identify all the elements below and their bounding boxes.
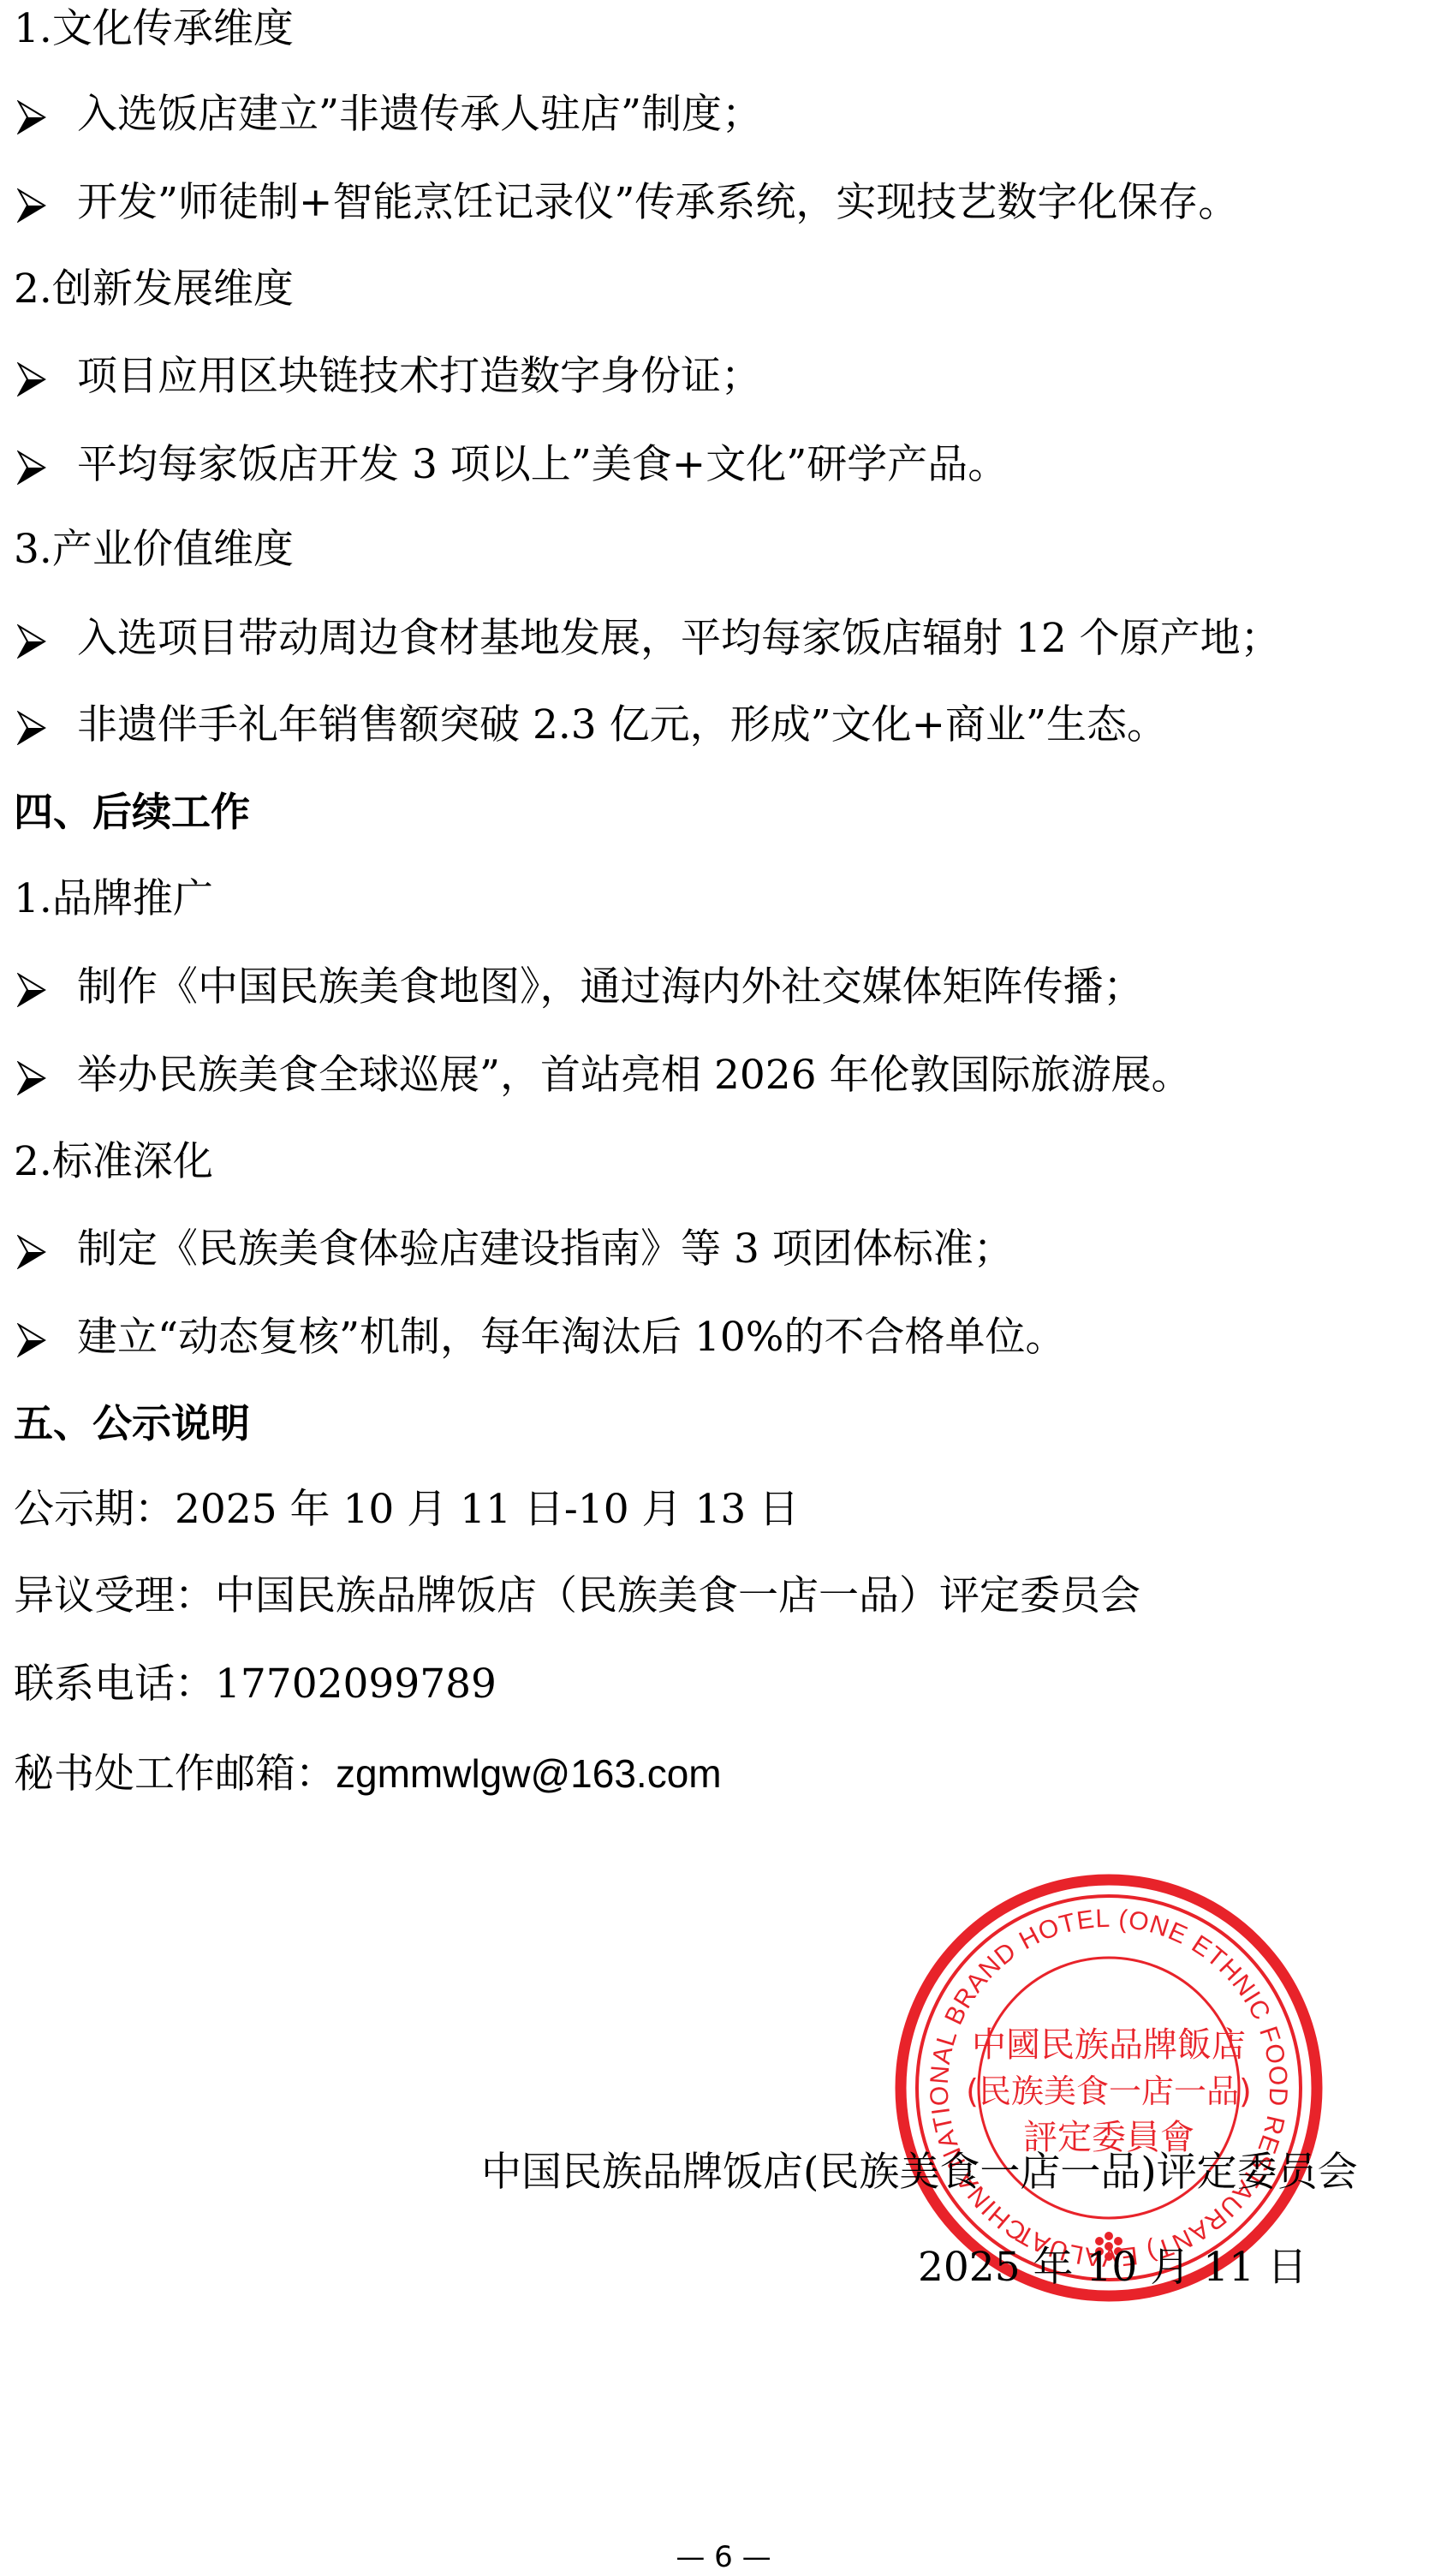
- contact-phone: 联系电话：17702099789: [14, 1642, 497, 1727]
- arrow-bullet-icon: [14, 964, 77, 1016]
- bullet-text: 制定《民族美食体验店建设指南》等 3 项团体标准；: [77, 1225, 1014, 1273]
- subheading-text: 1.文化传承维度: [14, 5, 294, 52]
- subheading-text: 2.创新发展维度: [14, 265, 294, 313]
- subheading-brand: 1.品牌推广: [14, 856, 213, 942]
- svg-text:(民族美食一店一品): (民族美食一店一品): [966, 2072, 1252, 2110]
- arrow-bullet-icon: [14, 1315, 77, 1366]
- section-heading-follow-up: 四、后续工作: [14, 769, 250, 855]
- secretariat-email: 秘书处工作邮箱：zgmmwlgw@163.com: [14, 1731, 722, 1816]
- arrow-bullet-icon: [14, 442, 77, 493]
- arrow-bullet-icon: [14, 1226, 77, 1278]
- svg-text:評定委員會: 評定委員會: [1023, 2118, 1194, 2157]
- bullet-item: 举办民族美食全球巡展”，首站亮相 2026 年伦敦国际旅游展。: [14, 1033, 1192, 1118]
- bullet-text: 开发”师徒制+智能烹饪记录仪”传承系统，实现技艺数字化保存。: [77, 179, 1238, 226]
- arrow-bullet-icon: [14, 354, 77, 405]
- notice-period: 公示期：2025 年 10 月 11 日-10 月 13 日: [14, 1467, 799, 1553]
- bullet-item: 非遗伴手礼年销售额突破 2.3 亿元，形成”文化+商业”生态。: [14, 683, 1167, 768]
- subheading-innovation: 2.创新发展维度: [14, 247, 294, 332]
- heading-text: 四、后续工作: [14, 789, 250, 835]
- official-seal: CHINA NATIONAL BRAND HOTEL (ONE ETHNIC F…: [890, 1869, 1327, 2306]
- section-heading-notice: 五、公示说明: [14, 1380, 250, 1466]
- bullet-item: 入选项目带动周边食材基地发展，平均每家饭店辐射 12 个原产地；: [14, 596, 1281, 682]
- subheading-text: 3.产业价值维度: [14, 526, 294, 573]
- bullet-item: 平均每家饭店开发 3 项以上”美食+文化”研学产品。: [14, 422, 1008, 508]
- subheading-culture: 1.文化传承维度: [14, 0, 294, 72]
- svg-text:CHINA NATIONAL BRAND HOTEL (ON: CHINA NATIONAL BRAND HOTEL (ONE ETHNIC F…: [890, 1869, 1292, 2271]
- email-label: 秘书处工作邮箱：: [14, 1750, 336, 1798]
- objection-handler-text: 异议受理：中国民族品牌饭店（民族美食一店一品）评定委员会: [14, 1572, 1140, 1619]
- bullet-text: 建立“动态复核”机制，每年淘汰后 10%的不合格单位。: [77, 1314, 1065, 1361]
- arrow-bullet-icon: [14, 180, 77, 231]
- seal-icon: CHINA NATIONAL BRAND HOTEL (ONE ETHNIC F…: [890, 1869, 1327, 2306]
- bullet-text: 入选饭店建立”非遗传承人驻店”制度；: [77, 91, 762, 138]
- bullet-item: 项目应用区块链技术打造数字身份证；: [14, 334, 761, 420]
- subheading-standards: 2.标准深化: [14, 1119, 213, 1205]
- notice-period-text: 公示期：2025 年 10 月 11 日-10 月 13 日: [14, 1486, 799, 1533]
- bullet-item: 建立“动态复核”机制，每年淘汰后 10%的不合格单位。: [14, 1295, 1065, 1380]
- arrow-bullet-icon: [14, 702, 77, 754]
- arrow-bullet-icon: [14, 616, 77, 667]
- email-address-link[interactable]: zgmmwlgw@163.com: [336, 1751, 722, 1796]
- contact-phone-text: 联系电话：17702099789: [14, 1661, 497, 1708]
- subheading-text: 2.标准深化: [14, 1138, 213, 1185]
- page-number: — 6 —: [0, 2540, 1447, 2574]
- bullet-text: 制作《中国民族美食地图》，通过海内外社交媒体矩阵传播；: [77, 963, 1144, 1011]
- bullet-text: 平均每家饭店开发 3 项以上”美食+文化”研学产品。: [77, 441, 1008, 488]
- bullet-item: 制作《中国民族美食地图》，通过海内外社交媒体矩阵传播；: [14, 945, 1144, 1030]
- bullet-text: 项目应用区块链技术打造数字身份证；: [77, 353, 761, 400]
- subheading-industry: 3.产业价值维度: [14, 507, 294, 593]
- bullet-text: 举办民族美食全球巡展”，首站亮相 2026 年伦敦国际旅游展。: [77, 1052, 1192, 1099]
- bullet-item: 入选饭店建立”非遗传承人驻店”制度；: [14, 72, 762, 158]
- bullet-item: 制定《民族美食体验店建设指南》等 3 项团体标准；: [14, 1207, 1014, 1292]
- bullet-text: 入选项目带动周边食材基地发展，平均每家饭店辐射 12 个原产地；: [77, 615, 1281, 662]
- heading-text: 五、公示说明: [14, 1400, 250, 1446]
- arrow-bullet-icon: [14, 1052, 77, 1104]
- bullet-item: 开发”师徒制+智能烹饪记录仪”传承系统，实现技艺数字化保存。: [14, 160, 1238, 246]
- arrow-bullet-icon: [14, 92, 77, 143]
- objection-handler: 异议受理：中国民族品牌饭店（民族美食一店一品）评定委员会: [14, 1553, 1140, 1639]
- bullet-text: 非遗伴手礼年销售额突破 2.3 亿元，形成”文化+商业”生态。: [77, 701, 1167, 748]
- subheading-text: 1.品牌推广: [14, 875, 213, 922]
- svg-text:中國民族品牌飯店: 中國民族品牌飯店: [972, 2025, 1246, 2065]
